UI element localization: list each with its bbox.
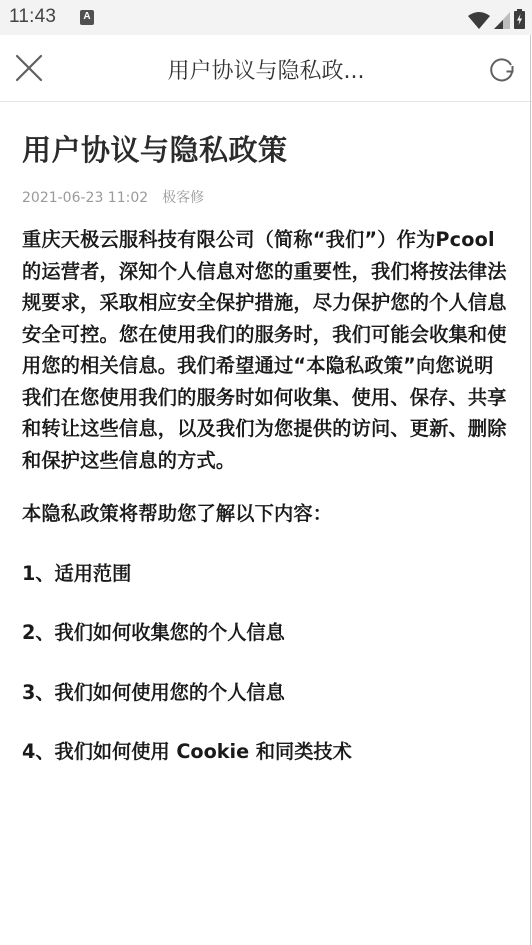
- wifi-icon: [468, 11, 490, 29]
- list-item: 4、我们如何使用 Cookie 和同类技术: [22, 736, 512, 768]
- a-keyboard-icon: A: [80, 10, 94, 25]
- cell-signal-icon: [494, 12, 510, 29]
- close-icon: [12, 51, 46, 85]
- close-button[interactable]: [12, 51, 46, 85]
- refresh-icon: [486, 53, 518, 85]
- intro-paragraph: 重庆天极云服科技有限公司（简称“我们”）作为Pcool的运营者，深知个人信息对您…: [22, 224, 510, 476]
- app-header: 用户协议与隐私政...: [0, 35, 532, 102]
- article: 用户协议与隐私政策 2021-06-23 11:02极客修 重庆天极云服科技有限…: [22, 102, 512, 768]
- article-author: 极客修: [162, 190, 204, 206]
- list-item: 2、我们如何收集您的个人信息: [22, 617, 512, 649]
- list-item: 3、我们如何使用您的个人信息: [22, 677, 512, 709]
- article-body: 重庆天极云服科技有限公司（简称“我们”）作为Pcool的运营者，深知个人信息对您…: [22, 224, 512, 768]
- battery-charging-icon: [514, 9, 525, 29]
- screen: 11:43 A 用户协议与隐私政...: [0, 0, 532, 945]
- scroll-edge: [530, 35, 531, 945]
- header-title: 用户协议与隐私政...: [100, 54, 432, 85]
- status-time: 11:43: [9, 6, 56, 28]
- article-meta: 2021-06-23 11:02极客修: [22, 188, 512, 208]
- article-title: 用户协议与隐私政策: [22, 130, 512, 170]
- status-icons: [468, 7, 525, 29]
- refresh-button[interactable]: [486, 53, 518, 85]
- article-date: 2021-06-23 11:02: [22, 190, 148, 206]
- status-bar: 11:43 A: [0, 0, 532, 35]
- summary-paragraph: 本隐私政策将帮助您了解以下内容：: [22, 498, 512, 530]
- list-item: 1、适用范围: [22, 558, 512, 590]
